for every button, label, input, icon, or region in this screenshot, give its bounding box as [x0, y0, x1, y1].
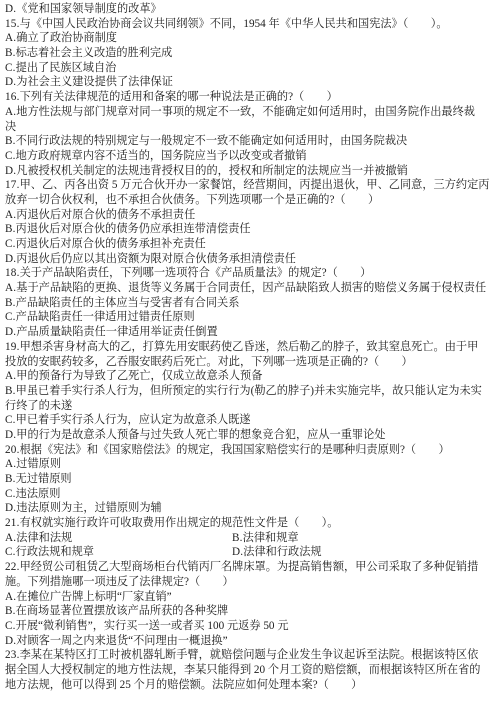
option-text: 产品质量缺陷责任一律适用举证责任倒置: [16, 326, 217, 338]
text-line: D.为社会主义建设提供了法律保证: [5, 75, 495, 90]
text-line: A.法律和法规B.法律和规章: [5, 531, 495, 546]
question-stem: 甲、乙、丙各出资 5 万元合伙开办一家餐馆，经营期间，丙提出退伙，甲、乙同意，三…: [20, 179, 490, 191]
option-label: B.: [5, 297, 16, 309]
question-number: 17.: [5, 179, 20, 191]
question-number: 23.: [5, 649, 20, 661]
text-line: C.违法原则: [5, 487, 495, 502]
option-label: D.: [232, 546, 243, 558]
text-line: B.无过错原则: [5, 472, 495, 487]
text-line: A.甲的预备行为导致了乙死亡，仅成立故意杀人预备: [5, 369, 495, 384]
option-text: 在摊位广告牌上标明“厂家直销”: [16, 591, 171, 603]
option-label: A.: [5, 458, 16, 470]
text-line: 决: [5, 120, 495, 135]
option-text: 丙退伙后对原合伙的债务承担补充责任: [16, 238, 206, 250]
option-label: B.: [5, 605, 16, 617]
text-line: 18.关于产品缺陷责任，下列哪一选项符合《产品质量法》的规定?（ ）: [5, 266, 495, 281]
option-text: 凡被授权机关制定的法规违背授权目的的，授权和所制定的法规应当一并被撤销: [16, 165, 408, 177]
option-label: D.: [5, 635, 16, 647]
text-line: 地方法规，他可以得到 25 个月的赔偿额。法院应如何处理本案?（ ）: [5, 678, 495, 693]
question-stem: 有权就实施行政许可收取费用作出规定的规范性文件是（ ）。: [20, 517, 339, 529]
question-stem: 施。下列措施哪一项违反了法律规定?（ ）: [5, 576, 234, 588]
option-label: D.: [5, 326, 16, 338]
option-label: A.: [5, 591, 16, 603]
question-stem: 关于产品缺陷责任，下列哪一选项符合《产品质量法》的规定?（ ）: [20, 267, 372, 279]
option-label: D.: [5, 429, 16, 441]
text-line: D.凡被授权机关制定的法规违背授权目的的，授权和所制定的法规应当一并被撤销: [5, 164, 495, 179]
option-label: D.: [5, 165, 16, 177]
option-label: B.: [5, 385, 16, 397]
text-line: D.丙退伙后仍应以其出资额为限对原合伙债务承担清偿责任: [5, 252, 495, 267]
text-line: A.确立了政治协商制度: [5, 31, 495, 46]
text-line: 16.下列有关法律规范的适用和备案的哪一种说法是正确的?（ ）: [5, 90, 495, 105]
option-text: 法律和法规: [16, 532, 72, 544]
option-text: 行终了的未遂: [5, 400, 72, 412]
option-label: D.: [5, 3, 16, 15]
option-text: 确立了政治协商制度: [16, 32, 117, 44]
option-text: 甲的行为是故意杀人预备与过失致人死亡罪的想象竞合犯，应从一重罪论处: [16, 429, 385, 441]
option-label: C.: [5, 488, 16, 500]
question-stem: 根据《宪法》和《国家赔偿法》的规定，我国国家赔偿实行的是哪种归责原则?（ ）: [20, 444, 450, 456]
option-text: 开展“微利销售”，实行买一送一或者买 100 元返券 50 元: [16, 620, 289, 632]
text-line: A.丙退伙后对原合伙的债务不承担责任: [5, 208, 495, 223]
option-label: A.: [5, 282, 16, 294]
question-number: 21.: [5, 517, 20, 529]
text-line: A.基于产品缺陷的更换、退货等义务属于合同责任，因产品缺陷致人损害的赔偿义务属于…: [5, 281, 495, 296]
text-line: 23.李某在某特区打工时被机器轧断手臂，就赔偿问题与企业发生争议起诉至法院。根据…: [5, 648, 495, 663]
option-text: 不同行政法规的特别规定与一般规定不一致不能确定如何适用时，由国务院裁决: [16, 135, 408, 147]
option-text: 甲的预备行为导致了乙死亡，仅成立故意杀人预备: [16, 370, 262, 382]
text-line: D.甲的行为是故意杀人预备与过失致人死亡罪的想象竞合犯，应从一重罪论处: [5, 428, 495, 443]
option-text: 对顾客一周之内来退货“不问理由一概退换”: [16, 635, 227, 647]
text-line: C.甲已着手实行杀人行为，应认定为故意杀人既遂: [5, 413, 495, 428]
document-page: D.《党和国家领导制度的改革》15.与《中国人民政治协商会议共同纲领》不同，19…: [0, 0, 497, 703]
text-line: D.产品质量缺陷责任一律适用举证责任倒置: [5, 325, 495, 340]
text-line: C.产品缺陷责任一律适用过错责任原则: [5, 310, 495, 325]
text-line: A.过错原则: [5, 457, 495, 472]
option-label: C.: [5, 546, 16, 558]
text-line: 放弃一切合伙权利，也不承担合伙债务。下列选项哪一个是正确的?（ ）: [5, 193, 495, 208]
option-label: B.: [5, 135, 16, 147]
text-line: C.行政法规和规章D.法律和行政法规: [5, 545, 495, 560]
option-label: C.: [5, 311, 16, 323]
option-text: 地方性法规与部门规章对同一事项的规定不一致，不能确定如何适用时，由国务院作出最终…: [16, 106, 475, 118]
question-stem: 与《中国人民政治协商会议共同纲领》不同，1954 年《中华人民共和国宪法》（ ）…: [20, 18, 448, 30]
question-number: 16.: [5, 91, 20, 103]
option-text: 为社会主义建设提供了法律保证: [16, 76, 173, 88]
text-line: 19.甲想杀害身材高大的乙，打算先用安眠药使乙昏迷，然后勒乙的脖子，致其窒息死亡…: [5, 340, 495, 355]
question-number: 15.: [5, 18, 20, 30]
question-stem: 放弃一切合伙权利，也不承担合伙债务。下列选项哪一个是正确的?（ ）: [5, 194, 379, 206]
question-stem: 甲想杀害身材高大的乙，打算先用安眠药使乙昏迷，然后勒乙的脖子，致其窒息死亡。由于…: [20, 341, 479, 353]
option-text: 在商场显著位置摆放该产品所获的各种奖牌: [16, 605, 229, 617]
option-label: A.: [5, 32, 16, 44]
text-line: C.开展“微利销售”，实行买一送一或者买 100 元返券 50 元: [5, 619, 495, 634]
option-text: 基于产品缺陷的更换、退货等义务属于合同责任，因产品缺陷致人损害的赔偿义务属于侵权…: [16, 282, 486, 294]
question-stem: 甲经贸公司租赁乙大型商场柜台代销丙厂名牌床罩。为提高销售额，甲公司采取了多种促销…: [20, 561, 479, 573]
question-number: 22.: [5, 561, 20, 573]
option-text: 标志着社会主义改造的胜利完成: [16, 47, 173, 59]
text-line: B.在商场显著位置摆放该产品所获的各种奖牌: [5, 604, 495, 619]
option-text: 丙退伙后仍应以其出资额为限对原合伙债务承担清偿责任: [16, 253, 296, 265]
text-line: 据全国人大授权制定的地方性法规，李某只能得到 20 个月工资的赔偿额，而根据该特…: [5, 663, 495, 678]
option-text: 无过错原则: [16, 473, 72, 485]
text-line: D.对顾客一周之内来退货“不问理由一概退换”: [5, 634, 495, 649]
text-line: D.违法原则为主，过错原则为辅: [5, 501, 495, 516]
option-label: B.: [5, 473, 16, 485]
option-label: A.: [5, 209, 16, 221]
text-line: B.不同行政法规的特别规定与一般规定不一致不能确定如何适用时，由国务院裁决: [5, 134, 495, 149]
option-text: 违法原则为主，过错原则为辅: [16, 502, 161, 514]
option-label: C.: [5, 150, 16, 162]
option-label: B.: [5, 47, 16, 59]
option-text: 地方政府规章内容不适当的，国务院应当予以改变或者撤销: [16, 150, 307, 162]
option-text: 甲虽已着手实行杀人行为，但所预定的实行行为(勒乙的脖子)并未实施完毕，故只能认定…: [16, 385, 482, 397]
option-label: D.: [5, 502, 16, 514]
option-label: A.: [5, 106, 16, 118]
text-line: A.在摊位广告牌上标明“厂家直销”: [5, 590, 495, 605]
option-label: A.: [5, 370, 16, 382]
text-line: 20.根据《宪法》和《国家赔偿法》的规定，我国国家赔偿实行的是哪种归责原则?（ …: [5, 443, 495, 458]
question-number: 19.: [5, 341, 20, 353]
question-stem: 下列有关法律规范的适用和备案的哪一种说法是正确的?（ ）: [20, 91, 338, 103]
text-line: B.丙退伙后对原合伙的债务仍应承担连带清偿责任: [5, 222, 495, 237]
text-line: B.甲虽已着手实行杀人行为，但所预定的实行行为(勒乙的脖子)并未实施完毕，故只能…: [5, 384, 495, 399]
question-stem: 投放的安眠药较多，乙吞服安眠药后死亡。对此，下列哪一选项是正确的?（ ）: [5, 356, 413, 368]
option-label: D.: [5, 253, 16, 265]
option-cell: C.行政法规和规章: [5, 545, 232, 560]
option-cell: A.法律和法规: [5, 531, 232, 546]
text-line: 15.与《中国人民政治协商会议共同纲领》不同，1954 年《中华人民共和国宪法》…: [5, 17, 495, 32]
text-line: 行终了的未遂: [5, 399, 495, 414]
option-text: 法律和规章: [243, 532, 299, 544]
option-text: 法律和行政法规: [243, 546, 321, 558]
text-line: 投放的安眠药较多，乙吞服安眠药后死亡。对此，下列哪一选项是正确的?（ ）: [5, 355, 495, 370]
text-line: 21.有权就实施行政许可收取费用作出规定的规范性文件是（ ）。: [5, 516, 495, 531]
option-text: 过错原则: [16, 458, 61, 470]
text-line: A.地方性法规与部门规章对同一事项的规定不一致，不能确定如何适用时，由国务院作出…: [5, 105, 495, 120]
question-stem: 地方法规，他可以得到 25 个月的赔偿额。法院应如何处理本案?（ ）: [5, 679, 362, 691]
text-line: 施。下列措施哪一项违反了法律规定?（ ）: [5, 575, 495, 590]
text-line: B.标志着社会主义改造的胜利完成: [5, 46, 495, 61]
option-text: 丙退伙后对原合伙的债务不承担责任: [16, 209, 195, 221]
option-label: C.: [5, 414, 16, 426]
text-line: C.丙退伙后对原合伙的债务承担补充责任: [5, 237, 495, 252]
question-stem: 据全国人大授权制定的地方性法规，李某只能得到 20 个月工资的赔偿额，而根据该特…: [5, 664, 480, 676]
option-label: C.: [5, 620, 16, 632]
option-text: 丙退伙后对原合伙的债务仍应承担连带清偿责任: [16, 223, 251, 235]
option-text: 《党和国家领导制度的改革》: [16, 3, 161, 15]
text-line: C.地方政府规章内容不适当的，国务院应当予以改变或者撤销: [5, 149, 495, 164]
option-text: 行政法规和规章: [16, 546, 94, 558]
option-text: 决: [5, 121, 16, 133]
text-line: 17.甲、乙、丙各出资 5 万元合伙开办一家餐馆，经营期间，丙提出退伙，甲、乙同…: [5, 178, 495, 193]
option-label: C.: [5, 62, 16, 74]
option-text: 产品缺陷责任的主体应当与受害者有合同关系: [16, 297, 240, 309]
option-label: C.: [5, 238, 16, 250]
option-label: A.: [5, 532, 16, 544]
option-text: 提出了民族区域自治: [16, 62, 117, 74]
text-line: B.产品缺陷责任的主体应当与受害者有合同关系: [5, 296, 495, 311]
option-label: D.: [5, 76, 16, 88]
text-line: D.《党和国家领导制度的改革》: [5, 2, 495, 17]
option-label: B.: [232, 532, 243, 544]
question-number: 18.: [5, 267, 20, 279]
option-label: B.: [5, 223, 16, 235]
option-text: 产品缺陷责任一律适用过错责任原则: [16, 311, 195, 323]
text-line: C.提出了民族区域自治: [5, 61, 495, 76]
option-text: 甲已着手实行杀人行为，应认定为故意杀人既遂: [16, 414, 251, 426]
question-stem: 李某在某特区打工时被机器轧断手臂，就赔偿问题与企业发生争议起诉至法院。根据该特区…: [20, 649, 479, 661]
text-line: 22.甲经贸公司租赁乙大型商场柜台代销丙厂名牌床罩。为提高销售额，甲公司采取了多…: [5, 560, 495, 575]
question-number: 20.: [5, 444, 20, 456]
option-text: 违法原则: [16, 488, 61, 500]
